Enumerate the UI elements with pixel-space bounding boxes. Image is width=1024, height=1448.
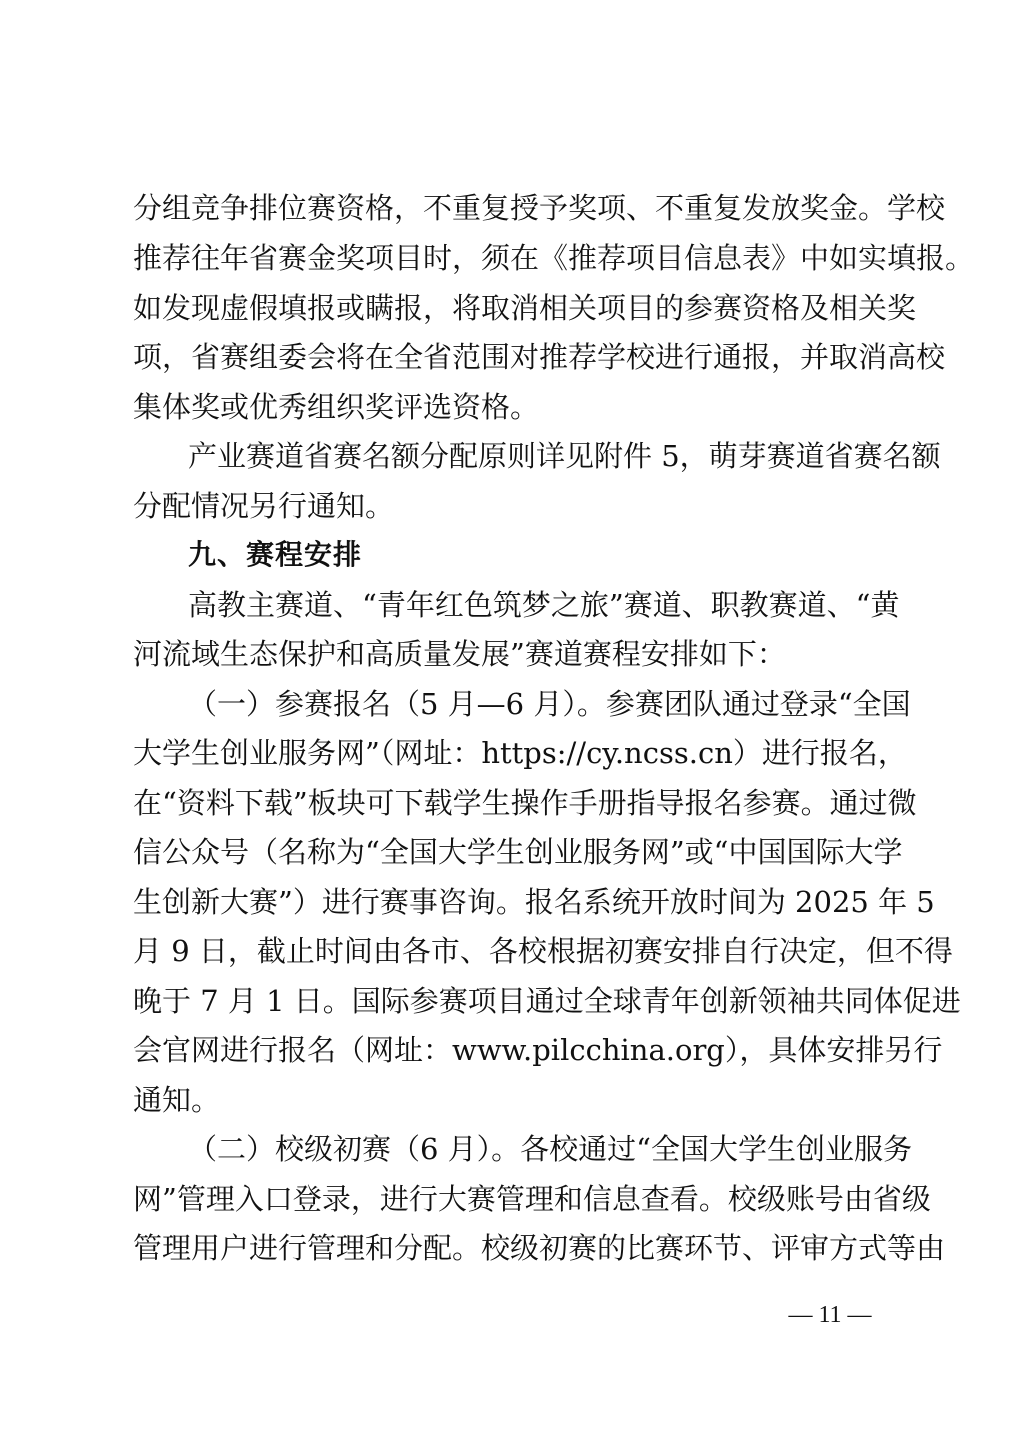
text-line: （二）校级初赛（6 月）。各校通过“全国大学生创业服务 xyxy=(188,1129,891,1169)
text-line: 集体奖或优秀组织奖评选资格。 xyxy=(133,387,891,427)
text-line: 河流域生态保护和高质量发展”赛道赛程安排如下： xyxy=(133,634,891,674)
text-line: 在“资料下载”板块可下载学生操作手册指导报名参赛。通过微 xyxy=(133,783,891,823)
page-number: — 11 — xyxy=(770,1300,890,1330)
section-heading: 九、赛程安排 xyxy=(188,535,891,575)
text-line: 生创新大赛”）进行赛事咨询。报名系统开放时间为 2025 年 5 xyxy=(133,882,891,922)
text-line: 大学生创业服务网”（网址：https://cy.ncss.cn）进行报名， xyxy=(133,733,891,773)
text-line: 信公众号（名称为“全国大学生创业服务网”或“中国国际大学 xyxy=(133,832,891,872)
text-line: （一）参赛报名（5 月—6 月）。参赛团队通过登录“全国 xyxy=(188,684,891,724)
text-line: 会官网进行报名（网址：www.pilcchina.org），具体安排另行 xyxy=(133,1030,891,1070)
text-line: 分配情况另行通知。 xyxy=(133,486,891,526)
text-line: 通知。 xyxy=(133,1080,891,1120)
text-line: 月 9 日，截止时间由各市、各校根据初赛安排自行决定，但不得 xyxy=(133,931,891,971)
text-line: 分组竞争排位赛资格，不重复授予奖项、不重复发放奖金。学校 xyxy=(133,188,891,228)
text-line: 高教主赛道、“青年红色筑梦之旅”赛道、职教赛道、“黄 xyxy=(188,585,891,625)
text-line: 晚于 7 月 1 日。国际参赛项目通过全球青年创新领袖共同体促进 xyxy=(133,981,891,1021)
text-line: 项，省赛组委会将在全省范围对推荐学校进行通报，并取消高校 xyxy=(133,337,891,377)
text-line: 如发现虚假填报或瞒报，将取消相关项目的参赛资格及相关奖 xyxy=(133,288,891,328)
text-line: 推荐往年省赛金奖项目时，须在《推荐项目信息表》中如实填报。 xyxy=(133,238,891,278)
text-line: 管理用户进行管理和分配。校级初赛的比赛环节、评审方式等由 xyxy=(133,1228,891,1268)
text-line: 产业赛道省赛名额分配原则详见附件 5，萌芽赛道省赛名额 xyxy=(188,436,891,476)
text-line: 网”管理入口登录，进行大赛管理和信息查看。校级账号由省级 xyxy=(133,1179,891,1219)
document-page: 分组竞争排位赛资格，不重复授予奖项、不重复发放奖金。学校 推荐往年省赛金奖项目时… xyxy=(0,0,1024,1448)
